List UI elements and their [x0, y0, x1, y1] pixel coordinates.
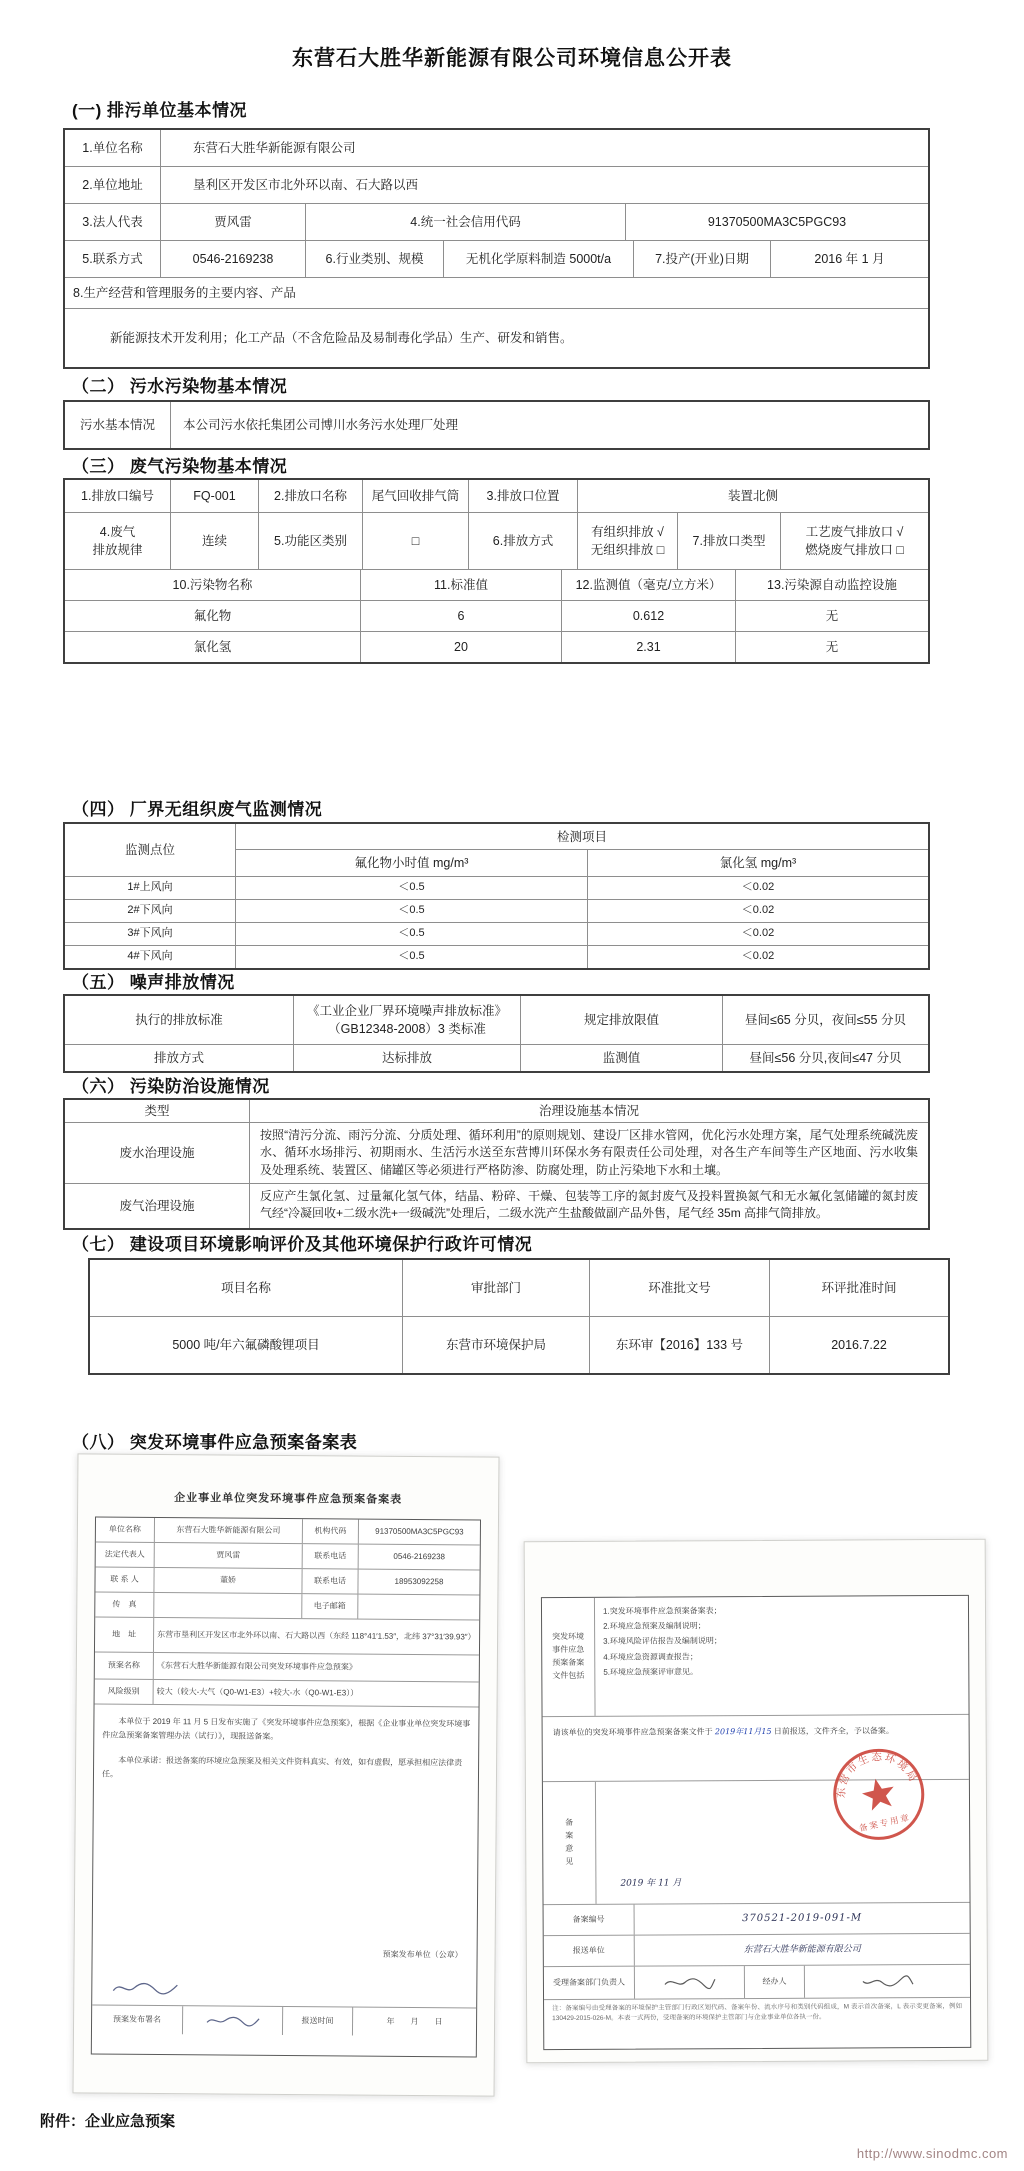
- scan-vertical-label: 备: [565, 1818, 573, 1829]
- signature-scribble: [110, 1979, 180, 1998]
- checkbox-options: 工艺废气排放口 √ 燃烧废气排放口 □: [780, 513, 928, 569]
- handwritten-date: 2019 年 11 月: [620, 1877, 681, 1889]
- monitor-point: 3#下风向: [65, 923, 235, 945]
- scan-field-label: 预案发布署名: [92, 2005, 182, 2034]
- scan-vertical-label: 事件应急: [552, 1645, 584, 1656]
- auto-monitor: 无: [735, 601, 928, 631]
- approval-number: 东环审【2016】133 号: [589, 1317, 769, 1373]
- field-label: 7.排放口类型: [677, 513, 780, 569]
- column-header: 治理设施基本情况: [249, 1100, 928, 1122]
- field-value: 2016 年 1 月: [770, 241, 928, 277]
- fluoride-value: ＜0.5: [235, 877, 587, 899]
- field-label: 排放方式: [65, 1045, 293, 1071]
- checkbox-option: 无组织排放 □: [591, 541, 665, 559]
- section1-heading: (一) 排污单位基本情况: [72, 96, 247, 121]
- scan-field-value: 贾风雷: [154, 1543, 302, 1568]
- wastewater-table: 污水基本情况 本公司污水依托集团公司博川水务污水处理厂处理: [63, 400, 930, 450]
- section7-heading: （七） 建设项目环境影响评价及其他环境保护行政许可情况: [72, 1230, 532, 1255]
- field-value: 新能源技术开发利用；化工产品（不含危险品及易制毒化学品）生产、研发和销售。: [65, 309, 928, 367]
- field-label: 执行的排放标准: [65, 996, 293, 1044]
- eia-approval-table: 项目名称 审批部门 环准批文号 环评批准时间 5000 吨/年六氟磷酸锂项目 东…: [88, 1258, 950, 1375]
- scan-field-label: 传 真: [95, 1592, 153, 1616]
- scan-list-item: 3.环境风险评估报告及编制说明；: [603, 1634, 722, 1650]
- signature-scribble: [860, 1974, 914, 1988]
- section5-heading: （五） 噪声排放情况: [72, 968, 235, 993]
- table-row: 4#下风向 ＜0.5 ＜0.02: [65, 945, 928, 968]
- field-value: 达标排放: [293, 1045, 520, 1071]
- scan-field-label: 经办人: [744, 1966, 804, 1998]
- column-header: 氯化氢 mg/m³: [587, 850, 928, 876]
- section8-heading: （八） 突发环境事件应急预案备案表: [72, 1428, 357, 1453]
- section3-heading: （三） 废气污染物基本情况: [72, 452, 287, 477]
- scan-vertical-label: 突发环境: [552, 1632, 584, 1643]
- scan-list-item: 5.环境应急预案评审意见。: [603, 1664, 698, 1680]
- field-value: 东营石大胜华新能源有限公司: [160, 130, 928, 166]
- monitor-point: 1#上风向: [65, 877, 235, 899]
- basic-info-table: 1.单位名称 东营石大胜华新能源有限公司 2.单位地址 垦利区开发区市北外环以南…: [63, 128, 930, 369]
- scan-vertical-label: 案: [565, 1831, 573, 1842]
- field-value: 贾风雷: [160, 204, 305, 240]
- column-header: 13.污染源自动监控设施: [735, 570, 928, 600]
- scan-field-value: 较大（较大-大气（Q0-W1-E3）+较大-水（Q0-W1-E3））: [153, 1680, 479, 1707]
- field-value: 0546-2169238: [160, 241, 305, 277]
- field-label: 8.生产经营和管理服务的主要内容、产品: [65, 278, 928, 308]
- hcl-value: ＜0.02: [587, 946, 928, 968]
- scan-field-label: 报送时间: [282, 2007, 352, 2036]
- project-name: 5000 吨/年六氟磷酸锂项目: [90, 1317, 402, 1373]
- field-value: 无机化学原料制造 5000t/a: [443, 241, 633, 277]
- handwritten-date: 2019年11月15: [715, 1727, 772, 1736]
- scan-field-label: 法定代表人: [96, 1542, 154, 1566]
- field-label: 5.联系方式: [65, 241, 160, 277]
- scanned-filing-form: 企业事业单位突发环境事件应急预案备案表 单位名称 东营石大胜华新能源有限公司 机…: [72, 1453, 499, 2096]
- column-header: 环准批文号: [589, 1260, 769, 1316]
- scan-field-label: 单位名称: [96, 1518, 154, 1542]
- monitor-point: 4#下风向: [65, 946, 235, 968]
- table-row: 2#下风向 ＜0.5 ＜0.02: [65, 899, 928, 922]
- scan-field-value: 东营石大胜华新能源有限公司: [154, 1518, 302, 1543]
- scan-statement: 本单位承诺：报送备案的环境应急预案及相关文件资料真实、有效，如有虚假，愿承担相应…: [102, 1753, 470, 1785]
- scan-vertical-label: 意: [565, 1844, 573, 1855]
- exhaust-gas-table: 1.排放口编号 FQ-001 2.排放口名称 尾气回收排气筒 3.排放口位置 装…: [63, 478, 930, 664]
- noise-table: 执行的排放标准 《工业企业厂界环境噪声排放标准》 （GB12348-2008）3…: [63, 994, 930, 1073]
- scan-statement: 本单位于 2019 年 11 月 5 日发布实施了《突发环境事件应急预案》，根据…: [102, 1715, 470, 1747]
- auto-monitor: 无: [735, 632, 928, 662]
- attachment-note: 附件：企业应急预案: [40, 2110, 175, 2131]
- scan-note-text: 请该单位的突发环境事件应急预案备案文件于: [553, 1727, 713, 1737]
- scan-field-value: [357, 1595, 479, 1620]
- checkbox-option: 有组织排放 √: [591, 523, 664, 541]
- column-header: 项目名称: [90, 1260, 402, 1316]
- handwritten-unit-name: 东营石大胜华新能源有限公司: [634, 1934, 970, 1966]
- field-value: FQ-001: [170, 480, 258, 512]
- scan-list-item: 1.突发环境事件应急预案备案表；: [603, 1603, 722, 1619]
- signature-scribble: [662, 1975, 716, 1989]
- field-label: 7.投产(开业)日期: [633, 241, 770, 277]
- standard-name-line: 《工业企业厂界环境噪声排放标准》: [307, 1002, 507, 1020]
- approval-date: 2016.7.22: [769, 1317, 948, 1373]
- monitor-value: 2.31: [561, 632, 735, 662]
- field-label: 5.功能区类别: [258, 513, 362, 569]
- field-label: 污水基本情况: [65, 402, 170, 448]
- standard-value: 20: [360, 632, 561, 662]
- scan-field-value: 0546-2169238: [358, 1545, 480, 1570]
- scan-field-label: 联系电话: [301, 1569, 357, 1593]
- field-value: 装置北侧: [577, 480, 928, 512]
- official-red-stamp: 东营市生态环境局 备案专用章: [822, 1737, 937, 1853]
- column-header: 12.监测值（毫克/立方米）: [561, 570, 735, 600]
- scan-vertical-label: 文件包括: [552, 1671, 584, 1682]
- field-value: 尾气回收排气筒: [362, 480, 468, 512]
- monitor-point: 2#下风向: [65, 900, 235, 922]
- facility-desc: 按照“清污分流、雨污分流、分质处理、循环利用”的原则规划、建设厂区排水管网，优化…: [249, 1123, 928, 1183]
- scan-vertical-label: 见: [565, 1857, 573, 1868]
- handwritten-filing-number: 370521-2019-091-M: [634, 1903, 970, 1935]
- column-header: 监测点位: [65, 824, 235, 876]
- document-page: 东营石大胜华新能源有限公司环境信息公开表 (一) 排污单位基本情况 1.单位名称…: [0, 0, 1024, 2171]
- checkbox-options: 有组织排放 √ 无组织排放 □: [577, 513, 677, 569]
- hcl-value: ＜0.02: [587, 923, 928, 945]
- scan-seal-note: 预案发布单位（公章）: [383, 1950, 463, 1961]
- fluoride-value: ＜0.5: [235, 923, 587, 945]
- column-header: 检测项目: [235, 824, 928, 850]
- column-header: 11.标准值: [360, 570, 561, 600]
- field-label-line: 4.废气: [100, 523, 135, 541]
- scan-field-value: [153, 1593, 301, 1618]
- scan-vertical-label: 预案备案: [552, 1658, 584, 1669]
- table-row: 5000 吨/年六氟磷酸锂项目 东营市环境保护局 东环审【2016】133 号 …: [90, 1316, 948, 1373]
- scan-field-label: 联 系 人: [95, 1567, 153, 1591]
- pollutant-name: 氯化氢: [65, 632, 360, 662]
- fluoride-value: ＜0.5: [235, 900, 587, 922]
- scan-field-label: 受理备案部门负责人: [544, 1967, 634, 1999]
- field-label: 4.废气 排放规律: [65, 513, 170, 569]
- hcl-value: ＜0.02: [587, 900, 928, 922]
- scan-field-value: 《东营石大胜华新能源有限公司突发环境事件应急预案》: [153, 1653, 479, 1682]
- checkbox-option: 工艺废气排放口 √: [806, 523, 904, 541]
- field-label: 2.排放口名称: [258, 480, 362, 512]
- scan-field-label: 电子邮箱: [301, 1594, 357, 1618]
- field-value: 垦利区开发区市北外环以南、石大路以西: [160, 167, 928, 203]
- scan-field-label: 备案编号: [544, 1905, 634, 1935]
- field-value: 昼间≤56 分贝,夜间≤47 分贝: [722, 1045, 928, 1071]
- scanned-filing-receipt: 突发环境 事件应急 预案备案 文件包括 1.突发环境事件应急预案备案表； 2.环…: [524, 1539, 989, 2063]
- column-header: 10.污染物名称: [65, 570, 360, 600]
- field-label: 3.法人代表: [65, 204, 160, 240]
- field-value: 《工业企业厂界环境噪声排放标准》 （GB12348-2008）3 类标准: [293, 996, 520, 1044]
- fugitive-gas-table: 监测点位 检测项目 氟化物小时值 mg/m³ 氯化氢 mg/m³ 1#上风向 ＜…: [63, 822, 930, 970]
- field-label: 3.排放口位置: [468, 480, 577, 512]
- watermark-url: http://www.sinodmc.com: [857, 2146, 1008, 2161]
- field-value: 本公司污水依托集团公司博川水务污水处理厂处理: [170, 402, 928, 448]
- standard-name-line: （GB12348-2008）3 类标准: [328, 1020, 486, 1038]
- scan-field-value: 18953092258: [357, 1570, 479, 1595]
- column-header: 审批部门: [402, 1260, 589, 1316]
- checkbox-option: 燃烧废气排放口 □: [805, 541, 904, 559]
- field-value: 连续: [170, 513, 258, 569]
- field-label: 4.统一社会信用代码: [305, 204, 625, 240]
- pollutant-name: 氟化物: [65, 601, 360, 631]
- facility-type: 废气治理设施: [65, 1184, 249, 1228]
- treatment-facility-table: 类型 治理设施基本情况 废水治理设施 按照“清污分流、雨污分流、分质处理、循环利…: [63, 1098, 930, 1230]
- field-label: 监测值: [520, 1045, 722, 1071]
- page-title: 东营石大胜华新能源有限公司环境信息公开表: [0, 42, 1024, 72]
- column-header: 类型: [65, 1100, 249, 1122]
- field-label: 规定排放限值: [520, 996, 722, 1044]
- checkbox-placeholder: □: [362, 513, 468, 569]
- approval-dept: 东营市环境保护局: [402, 1317, 589, 1373]
- field-value: 昼间≤65 分贝，夜间≤55 分贝: [722, 996, 928, 1044]
- scan-list-item: 4.环境应急资源调查报告；: [603, 1649, 698, 1665]
- scan-field-value: 董娇: [153, 1568, 301, 1593]
- scan-note-text: 日前报送，文件齐全，予以备案。: [774, 1726, 894, 1736]
- field-label: 6.排放方式: [468, 513, 577, 569]
- table-row: 1#上风向 ＜0.5 ＜0.02: [65, 876, 928, 899]
- scan-field-label: 联系电话: [302, 1544, 358, 1568]
- section6-heading: （六） 污染防治设施情况: [72, 1072, 270, 1097]
- standard-value: 6: [360, 601, 561, 631]
- table-row: 3#下风向 ＜0.5 ＜0.02: [65, 922, 928, 945]
- scan-field-label: 风险级别: [95, 1679, 153, 1703]
- scan-field-label: 预案名称: [95, 1652, 153, 1678]
- facility-desc: 反应产生氯化氢、过量氟化氢气体，结晶、粉碎、干燥、包装等工序的氮封废气及投料置换…: [249, 1184, 928, 1228]
- header-group: 检测项目 氟化物小时值 mg/m³ 氯化氢 mg/m³: [235, 824, 928, 876]
- scan-field-value: 东营市垦利区开发区市北外环以南、石大路以西（东经 118°41′1.53″，北纬…: [153, 1618, 479, 1655]
- scan-field-value: 91370500MA3C5PGC93: [358, 1520, 480, 1545]
- scan-footer-note: 注：备案编号由受理备案的环境保护主管部门行政区划代码、备案年份、流水序号和类别代…: [544, 1998, 970, 2056]
- facility-type: 废水治理设施: [65, 1123, 249, 1183]
- table-row: 氟化物 6 0.612 无: [65, 600, 928, 631]
- field-label: 1.单位名称: [65, 130, 160, 166]
- section2-heading: （二） 污水污染物基本情况: [72, 372, 287, 397]
- column-header: 氟化物小时值 mg/m³: [235, 850, 587, 876]
- stamp-star-icon: [860, 1775, 898, 1812]
- fluoride-value: ＜0.5: [235, 946, 587, 968]
- scan-field-label: 地 址: [95, 1617, 153, 1651]
- column-header: 环评批准时间: [769, 1260, 948, 1316]
- table-row: 氯化氢 20 2.31 无: [65, 631, 928, 662]
- field-label-line: 排放规律: [92, 541, 142, 559]
- scan-form-border: 单位名称 东营石大胜华新能源有限公司 机构代码 91370500MA3C5PGC…: [91, 1516, 481, 2057]
- scan-form-border: 突发环境 事件应急 预案备案 文件包括 1.突发环境事件应急预案备案表； 2.环…: [541, 1595, 971, 2050]
- scan-list-item: 2.环境应急预案及编制说明；: [603, 1618, 706, 1634]
- monitor-value: 0.612: [561, 601, 735, 631]
- hcl-value: ＜0.02: [587, 877, 928, 899]
- scan-field-label: 报送单位: [544, 1936, 634, 1966]
- scan-title: 企业事业单位突发环境事件应急预案备案表: [78, 1488, 498, 1507]
- scan-field-value: 年 月 日: [352, 2008, 476, 2037]
- field-label: 6.行业类别、规模: [305, 241, 443, 277]
- section4-heading: （四） 厂界无组织废气监测情况: [72, 795, 322, 820]
- scan-field-label: 机构代码: [302, 1519, 358, 1543]
- signature-scribble: [205, 2013, 261, 2027]
- field-label: 2.单位地址: [65, 167, 160, 203]
- field-value: 91370500MA3C5PGC93: [625, 204, 928, 240]
- field-label: 1.排放口编号: [65, 480, 170, 512]
